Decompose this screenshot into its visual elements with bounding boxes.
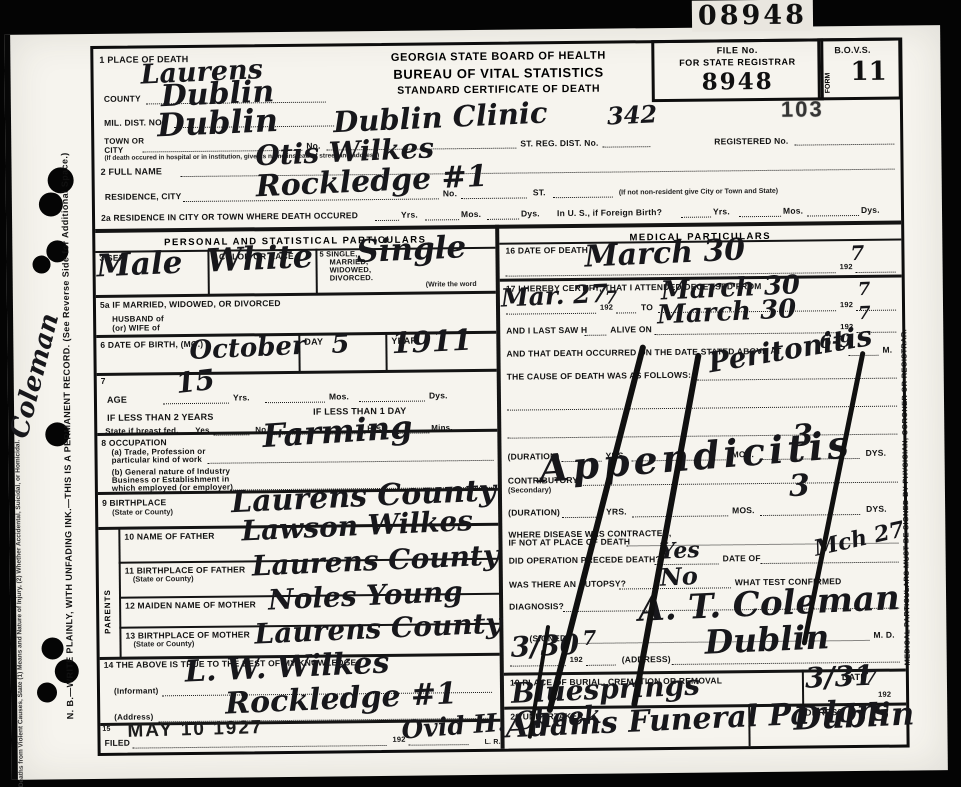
- hw-mother: Noles Young: [268, 579, 464, 613]
- alive-on-label: ALIVE ON: [610, 325, 652, 335]
- file-number-value: 8948: [655, 68, 821, 97]
- residence-duration-label: 2a RESIDENCE IN CITY OR TOWN WHERE DEATH…: [101, 211, 358, 223]
- duration2-label: (DURATION): [508, 508, 560, 518]
- dur1-dys: DYS.: [866, 449, 887, 459]
- town-or-label: TOWN OR: [104, 136, 144, 146]
- hw-physician-address: Dublin: [704, 622, 830, 657]
- bureau-title: BUREAU OF VITAL STATISTICS: [343, 64, 653, 84]
- hw-occupation: Farming: [262, 413, 414, 451]
- res-yrs: Yrs.: [401, 211, 418, 221]
- bovs-form-box: B.O.V.S. FORM 11: [817, 38, 902, 101]
- hole-punch: [37, 682, 57, 702]
- full-name-label: 2 FULL NAME: [101, 166, 163, 177]
- residence-no-line: [461, 196, 527, 199]
- hole-punch: [41, 637, 63, 659]
- occ-a2: particular kind of work: [112, 455, 202, 465]
- diagnosis-label: DIAGNOSIS?: [509, 602, 564, 612]
- m-label: M.: [882, 346, 892, 356]
- fb-mos: Mos.: [783, 207, 803, 217]
- dob-label: 6 DATE OF BIRTH, (MO.): [100, 340, 203, 351]
- item15-number: 15: [102, 726, 110, 734]
- breast-mins: Mins.: [431, 423, 453, 432]
- registered-no-label: REGISTERED No.: [714, 137, 788, 148]
- st-reg-dist-label: ST. REG. DIST. No.: [520, 139, 598, 150]
- hw-sex: Male: [96, 250, 183, 282]
- last-saw-label: AND I LAST SAW H: [506, 326, 587, 337]
- dur2-dys: DYS.: [866, 505, 887, 515]
- hw-attended-from: Mar. 27: [500, 283, 608, 310]
- to-label: TO: [641, 303, 653, 313]
- hw-to-year: 7: [857, 282, 870, 299]
- less-than-2-label: IF LESS THAN 2 YEARS: [107, 412, 213, 423]
- file-number-box: FILE No. FOR STATE REGISTRAR 8948: [651, 38, 824, 102]
- hw-race: White: [206, 242, 314, 276]
- hw-date-of-death: March 30: [584, 236, 746, 270]
- form-number: 11: [850, 57, 886, 87]
- residence-label: RESIDENCE, CITY: [105, 192, 182, 203]
- to-192: 192: [840, 301, 853, 310]
- marital-note: (Write the word: [426, 281, 477, 289]
- autopsy-label: WAS THERE AN AUTOPSY?: [509, 579, 626, 590]
- for-state-registrar-label: FOR STATE REGISTRAR: [654, 56, 820, 69]
- item7-number: 7: [101, 377, 106, 387]
- day-label: DAY: [304, 337, 323, 348]
- hw-undertaker-address: Dublin: [793, 699, 915, 733]
- hw-st-reg-dist: 342: [607, 103, 658, 127]
- wife-of-label: (or) WIFE of: [112, 323, 160, 333]
- county-label: COUNTY: [104, 94, 141, 104]
- hw-age: 15: [174, 367, 216, 396]
- if-married-label: 5a IF MARRIED, WIDOWED, OR DIVORCED: [100, 299, 281, 311]
- bovs-label: B.O.V.S.: [834, 45, 870, 56]
- res-mos: Mos.: [461, 210, 481, 220]
- hole-punch: [32, 255, 50, 273]
- address-paren-label: (ADDRESS): [622, 655, 671, 665]
- father-label: 10 NAME OF FATHER: [124, 532, 214, 543]
- residence-note: (If not non-resident give City or Town a…: [619, 188, 778, 197]
- date-of-label: DATE OF: [723, 554, 761, 564]
- md-label: M. D.: [873, 631, 894, 641]
- age-mos: Mos.: [329, 392, 349, 402]
- hw-institution: Dublin Clinic: [333, 100, 549, 136]
- age-dys: Dys.: [429, 391, 448, 401]
- hw-signed-year: 7: [582, 629, 597, 648]
- birthplace-note: (State or County): [112, 508, 173, 517]
- age-yrs: Yrs.: [233, 393, 250, 403]
- hw-dob-month: October: [189, 335, 306, 364]
- mother-bp-note: (State or County): [133, 640, 194, 649]
- filed-label: FILED: [105, 739, 131, 749]
- hw-burial-year: 7: [865, 670, 878, 687]
- fb-yrs: Yrs.: [713, 207, 730, 217]
- hw-duration2-days: 3: [788, 472, 810, 500]
- hw-residence: Rockledge #1: [255, 163, 488, 200]
- st-reg-line: [602, 145, 650, 148]
- marital-label-4: DIVORCED.: [330, 274, 374, 283]
- residence-st-label: ST.: [533, 188, 546, 198]
- filed-date-stamp: MAY 10 1927: [127, 717, 264, 743]
- serial-number-stamp: 08948: [692, 0, 813, 32]
- breast-yes: Yes: [195, 426, 210, 435]
- occ-b3: which employed (or employer): [112, 483, 233, 493]
- board-title: GEORGIA STATE BOARD OF HEALTH: [343, 48, 653, 66]
- father-bp-note: (State or County): [133, 575, 194, 584]
- scanned-death-certificate: 08948 In Deaths from Violent Causes, Sta…: [0, 0, 961, 787]
- mother-label: 12 MAIDEN NAME OF MOTHER: [125, 600, 256, 611]
- agency-header: GEORGIA STATE BOARD OF HEALTH BUREAU OF …: [343, 48, 653, 99]
- hw-alive-on: March 30: [657, 298, 797, 328]
- mil-dist-label: MIL. DIST. NO.: [104, 118, 165, 128]
- hw-town: Dublin: [156, 106, 278, 140]
- informant-label: (Informant): [114, 686, 159, 696]
- cause-label: THE CAUSE OF DEATH WAS AS FOLLOWS:: [507, 371, 691, 383]
- residence-st-line: [553, 196, 613, 199]
- age-label: AGE: [107, 395, 127, 406]
- hw-dod-year: 7: [850, 244, 865, 263]
- hw-father: Lawson Wilkes: [241, 508, 474, 544]
- foreign-birth-label: In U. S., if Foreign Birth?: [557, 208, 662, 219]
- dur2-mos: MOS.: [732, 506, 755, 516]
- res-dys: Dys.: [521, 209, 540, 219]
- fb-dys: Dys.: [861, 206, 880, 216]
- hw-informant-address: Rockledge #1: [225, 680, 458, 717]
- hw-dob-year: 1911: [391, 327, 473, 357]
- hw-dob-day: 5: [331, 333, 350, 357]
- form-word-vertical: FORM: [824, 57, 831, 93]
- parents-vertical-label: PARENTS: [103, 554, 113, 634]
- registered-number-stamp: 103: [781, 96, 824, 122]
- hw-marital: Single: [356, 234, 467, 267]
- breast-fed-label: State if breast fed.: [105, 426, 178, 436]
- certificate-paper: 08948 In Deaths from Violent Causes, Sta…: [4, 25, 948, 780]
- city-label: CITY: [104, 146, 123, 155]
- where-contracted-label-2: IF NOT AT PLACE OF DEATH: [508, 537, 630, 548]
- registered-line: [794, 143, 894, 146]
- hw-from-year: 7: [605, 290, 618, 307]
- local-registrar-label: L. R.: [485, 739, 501, 747]
- dur2-yrs: YRS.: [606, 507, 627, 517]
- hw-autopsy: No: [659, 565, 698, 588]
- date-of-death-label: 16 DATE OF DEATH: [505, 246, 588, 257]
